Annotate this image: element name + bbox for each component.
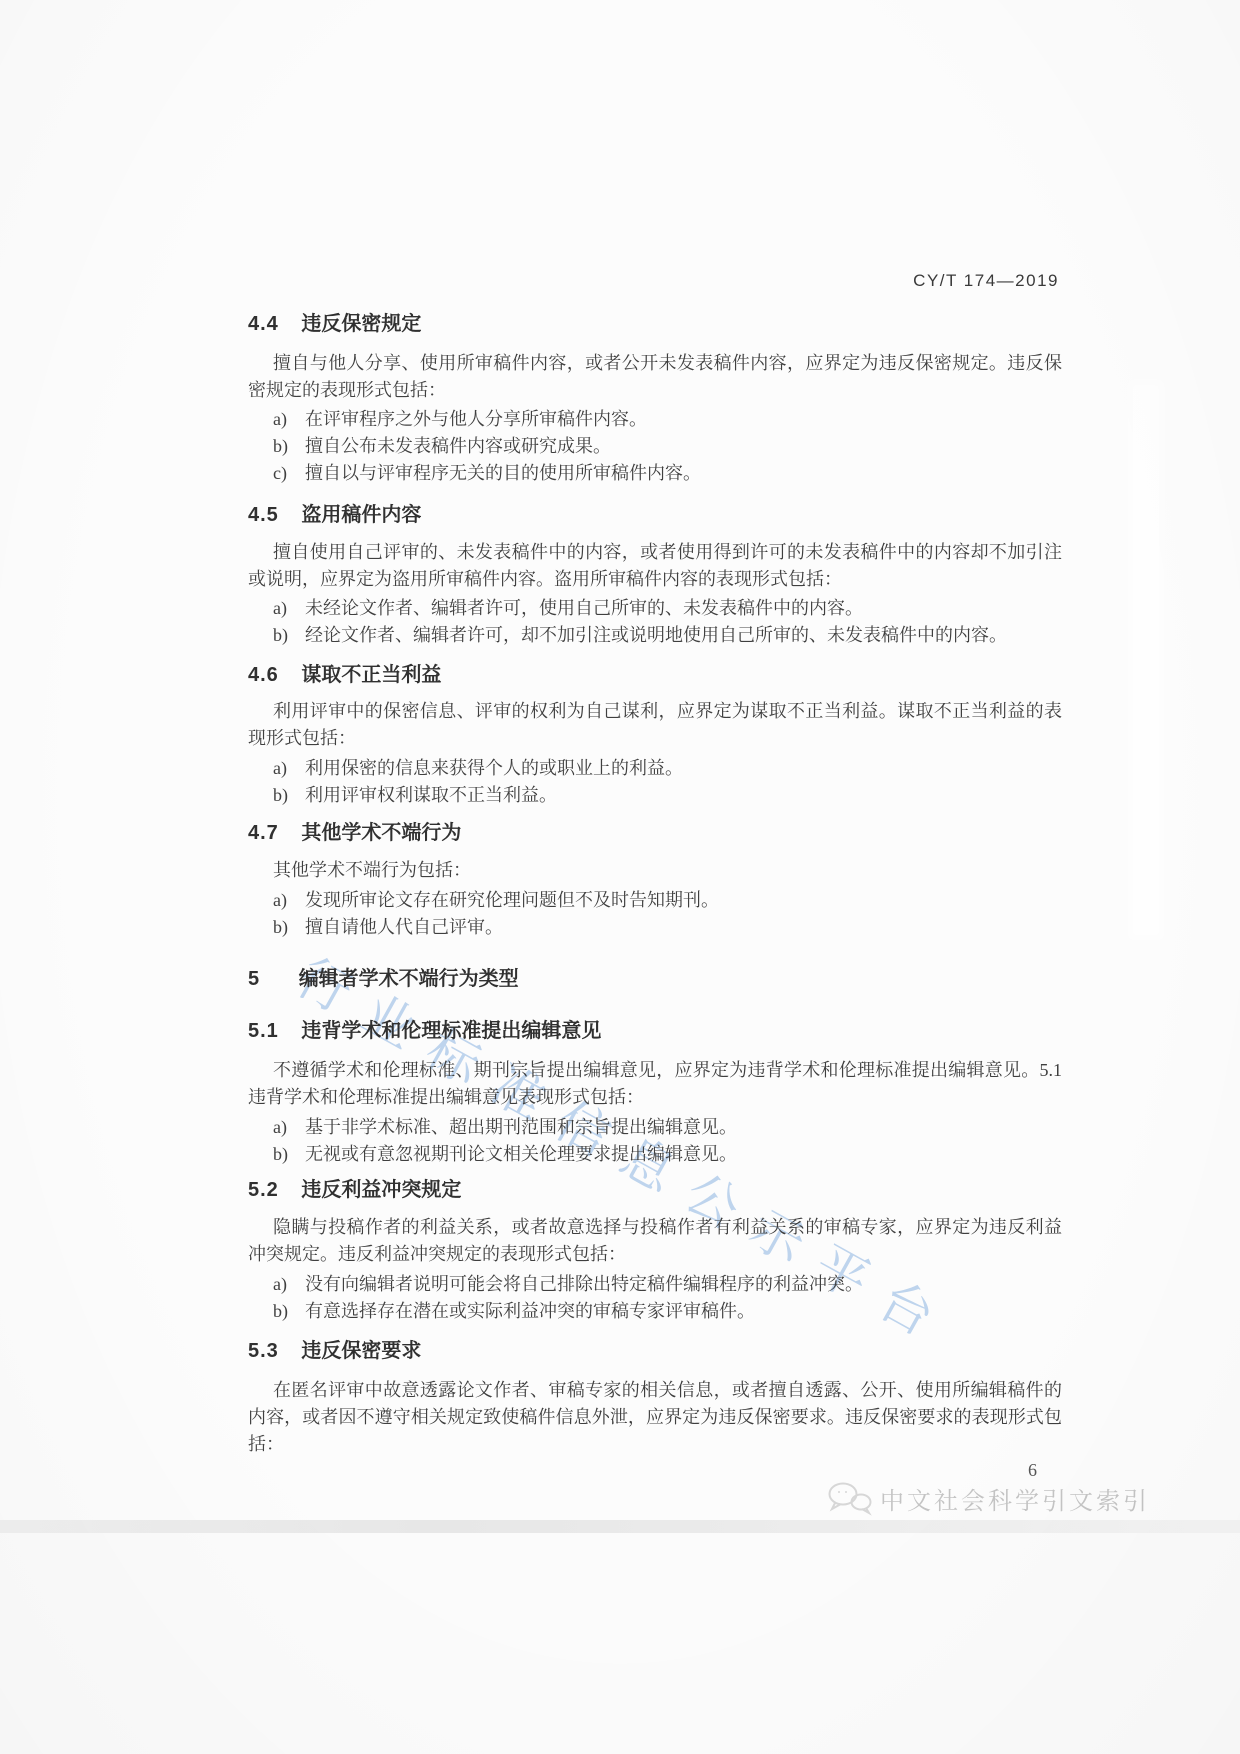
item-text: 无视或有意忽视期刊论文相关伦理要求提出编辑意见。 bbox=[305, 1141, 1062, 1168]
item-list: a)未经论文作者、编辑者许可，使用自己所审的、未发表稿件中的内容。 b)经论文作… bbox=[248, 595, 1062, 649]
footer-watermark-text: 中文社会科学引文索引 bbox=[880, 1481, 1150, 1516]
list-item: b)利用评审权利谋取不正当利益。 bbox=[248, 782, 1062, 809]
chapter-heading: 5 编辑者学术不端行为类型 bbox=[248, 967, 1062, 991]
section-number: 4.6 bbox=[248, 663, 279, 687]
item-text: 擅自以与评审程序无关的目的使用所审稿件内容。 bbox=[305, 460, 1062, 487]
document-code-header: CY/T 174—2019 bbox=[913, 271, 1059, 291]
item-list: a)利用保密的信息来获得个人的或职业上的利益。 b)利用评审权利谋取不正当利益。 bbox=[248, 755, 1062, 809]
item-text: 没有向编辑者说明可能会将自己排除出特定稿件编辑程序的利益冲突。 bbox=[305, 1271, 1062, 1298]
section-number: 5.3 bbox=[248, 1339, 279, 1363]
section-number: 4.5 bbox=[248, 503, 279, 527]
section-5-2: 5.2 违反利益冲突规定 隐瞒与投稿作者的利益关系，或者故意选择与投稿作者有利益… bbox=[248, 1178, 1062, 1325]
item-label: a) bbox=[273, 1114, 305, 1141]
list-item: c)擅自以与评审程序无关的目的使用所审稿件内容。 bbox=[248, 460, 1062, 487]
item-label: b) bbox=[273, 1298, 305, 1325]
section-title: 盗用稿件内容 bbox=[301, 504, 421, 526]
item-label: a) bbox=[273, 755, 305, 782]
item-list: a)在评审程序之外与他人分享所审稿件内容。 b)擅自公布未发表稿件内容或研究成果… bbox=[248, 406, 1062, 487]
list-item: b)擅自请他人代自己评审。 bbox=[248, 914, 1062, 941]
list-item: a)利用保密的信息来获得个人的或职业上的利益。 bbox=[248, 755, 1062, 782]
scan-artifact-strip bbox=[0, 1520, 1240, 1533]
section-heading: 5.1 违背学术和伦理标准提出编辑意见 bbox=[248, 1019, 1062, 1043]
section-paragraph: 擅自使用自己评审的、未发表稿件中的内容，或者使用得到许可的未发表稿件中的内容却不… bbox=[248, 539, 1062, 593]
section-paragraph: 利用评审中的保密信息、评审的权利为自己谋利，应界定为谋取不正当利益。谋取不正当利… bbox=[248, 698, 1062, 752]
section-4-7: 4.7 其他学术不端行为 其他学术不端行为包括： a)发现所审论文存在研究伦理问… bbox=[248, 821, 1062, 941]
section-heading: 4.7 其他学术不端行为 bbox=[248, 821, 1062, 845]
section-paragraph: 擅自与他人分享、使用所审稿件内容，或者公开未发表稿件内容，应界定为违反保密规定。… bbox=[248, 350, 1062, 404]
section-title: 违反利益冲突规定 bbox=[301, 1179, 461, 1201]
section-heading: 5.2 违反利益冲突规定 bbox=[248, 1178, 1062, 1202]
section-number: 4.7 bbox=[248, 821, 279, 845]
section-paragraph: 在匿名评审中故意透露论文作者、审稿专家的相关信息，或者擅自透露、公开、使用所编辑… bbox=[248, 1377, 1062, 1458]
item-text: 在评审程序之外与他人分享所审稿件内容。 bbox=[305, 406, 1062, 433]
chapter-title: 编辑者学术不端行为类型 bbox=[299, 968, 519, 990]
scan-bottom-area bbox=[0, 1533, 1240, 1754]
section-5-1: 5.1 违背学术和伦理标准提出编辑意见 不遵循学术和伦理标准、期刊宗旨提出编辑意… bbox=[248, 1019, 1062, 1168]
section-paragraph: 隐瞒与投稿作者的利益关系，或者故意选择与投稿作者有利益关系的审稿专家，应界定为违… bbox=[248, 1214, 1062, 1268]
item-text: 基于非学术标准、超出期刊范围和宗旨提出编辑意见。 bbox=[305, 1114, 1062, 1141]
item-label: a) bbox=[273, 1271, 305, 1298]
section-title: 违背学术和伦理标准提出编辑意见 bbox=[301, 1020, 601, 1042]
section-number: 5.2 bbox=[248, 1178, 279, 1202]
section-paragraph: 其他学术不端行为包括： bbox=[248, 857, 1062, 884]
item-text: 利用保密的信息来获得个人的或职业上的利益。 bbox=[305, 755, 1062, 782]
item-text: 有意选择存在潜在或实际利益冲突的审稿专家评审稿件。 bbox=[305, 1298, 1062, 1325]
scanned-document-page: 行业标准信息公示平台 CY/T 174—2019 4.4 违反保密规定 擅自与他… bbox=[0, 0, 1240, 1754]
section-heading: 5.3 违反保密要求 bbox=[248, 1339, 1062, 1363]
section-heading: 4.5 盗用稿件内容 bbox=[248, 503, 1062, 527]
section-title: 违反保密要求 bbox=[301, 1340, 421, 1362]
item-text: 擅自公布未发表稿件内容或研究成果。 bbox=[305, 433, 1062, 460]
chat-bubbles-logo-icon bbox=[826, 1480, 874, 1516]
item-label: b) bbox=[273, 914, 305, 941]
item-list: a)基于非学术标准、超出期刊范围和宗旨提出编辑意见。 b)无视或有意忽视期刊论文… bbox=[248, 1114, 1062, 1168]
item-label: b) bbox=[273, 622, 305, 649]
footer-watermark: 中文社会科学引文索引 bbox=[826, 1478, 1150, 1518]
section-4-5: 4.5 盗用稿件内容 擅自使用自己评审的、未发表稿件中的内容，或者使用得到许可的… bbox=[248, 503, 1062, 649]
chapter-number: 5 bbox=[248, 967, 260, 991]
item-text: 经论文作者、编辑者许可，却不加引注或说明地使用自己所审的、未发表稿件中的内容。 bbox=[305, 622, 1062, 649]
section-title: 谋取不正当利益 bbox=[301, 664, 441, 686]
item-text: 发现所审论文存在研究伦理问题但不及时告知期刊。 bbox=[305, 887, 1062, 914]
section-number: 5.1 bbox=[248, 1019, 279, 1043]
chapter-5: 5 编辑者学术不端行为类型 bbox=[248, 967, 1062, 991]
section-heading: 4.6 谋取不正当利益 bbox=[248, 663, 1062, 687]
section-4-4: 4.4 违反保密规定 擅自与他人分享、使用所审稿件内容，或者公开未发表稿件内容，… bbox=[248, 312, 1062, 487]
section-title: 其他学术不端行为 bbox=[301, 822, 461, 844]
list-item: a)基于非学术标准、超出期刊范围和宗旨提出编辑意见。 bbox=[248, 1114, 1062, 1141]
item-label: a) bbox=[273, 595, 305, 622]
section-title: 违反保密规定 bbox=[301, 313, 421, 335]
item-label: c) bbox=[273, 460, 305, 487]
document-body: 4.4 违反保密规定 擅自与他人分享、使用所审稿件内容，或者公开未发表稿件内容，… bbox=[248, 300, 1062, 1458]
section-number: 4.4 bbox=[248, 312, 279, 336]
item-text: 未经论文作者、编辑者许可，使用自己所审的、未发表稿件中的内容。 bbox=[305, 595, 1062, 622]
item-label: b) bbox=[273, 782, 305, 809]
item-text: 擅自请他人代自己评审。 bbox=[305, 914, 1062, 941]
item-list: a)发现所审论文存在研究伦理问题但不及时告知期刊。 b)擅自请他人代自己评审。 bbox=[248, 887, 1062, 941]
item-label: a) bbox=[273, 887, 305, 914]
section-heading: 4.4 违反保密规定 bbox=[248, 312, 1062, 336]
item-list: a)没有向编辑者说明可能会将自己排除出特定稿件编辑程序的利益冲突。 b)有意选择… bbox=[248, 1271, 1062, 1325]
list-item: b)无视或有意忽视期刊论文相关伦理要求提出编辑意见。 bbox=[248, 1141, 1062, 1168]
scan-artifact-band bbox=[1128, 380, 1164, 940]
item-label: b) bbox=[273, 433, 305, 460]
item-label: a) bbox=[273, 406, 305, 433]
section-5-3: 5.3 违反保密要求 在匿名评审中故意透露论文作者、审稿专家的相关信息，或者擅自… bbox=[248, 1339, 1062, 1458]
list-item: a)没有向编辑者说明可能会将自己排除出特定稿件编辑程序的利益冲突。 bbox=[248, 1271, 1062, 1298]
item-label: b) bbox=[273, 1141, 305, 1168]
item-text: 利用评审权利谋取不正当利益。 bbox=[305, 782, 1062, 809]
section-4-6: 4.6 谋取不正当利益 利用评审中的保密信息、评审的权利为自己谋利，应界定为谋取… bbox=[248, 663, 1062, 809]
list-item: a)未经论文作者、编辑者许可，使用自己所审的、未发表稿件中的内容。 bbox=[248, 595, 1062, 622]
list-item: b)有意选择存在潜在或实际利益冲突的审稿专家评审稿件。 bbox=[248, 1298, 1062, 1325]
list-item: b)经论文作者、编辑者许可，却不加引注或说明地使用自己所审的、未发表稿件中的内容… bbox=[248, 622, 1062, 649]
list-item: a)在评审程序之外与他人分享所审稿件内容。 bbox=[248, 406, 1062, 433]
list-item: b)擅自公布未发表稿件内容或研究成果。 bbox=[248, 433, 1062, 460]
list-item: a)发现所审论文存在研究伦理问题但不及时告知期刊。 bbox=[248, 887, 1062, 914]
section-paragraph: 不遵循学术和伦理标准、期刊宗旨提出编辑意见，应界定为违背学术和伦理标准提出编辑意… bbox=[248, 1057, 1062, 1111]
